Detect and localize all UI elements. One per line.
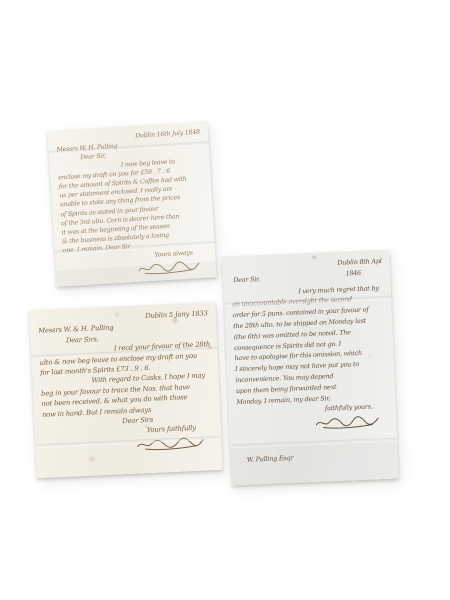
photo-background: Dublin 16th July 1848 Messrs W. H. Pulli… (0, 0, 450, 600)
letter-body: I recd your favour of the 28th ulto & no… (39, 339, 212, 419)
letter-body: I now beg leave to enclose my draft on y… (57, 155, 206, 256)
footer-addressee: W. Pulling Esqr (247, 453, 294, 466)
letter-body: I very much regret that by an unaccounta… (232, 283, 388, 408)
letter-bottom-left: Dublin 5 Jany 1833 Messrs W. & H. Pullin… (29, 302, 222, 478)
letter-right: Dublin 8th Apl 1846 Dear Sir, I very muc… (222, 250, 398, 486)
letter-content: Dublin 16th July 1848 Messrs W. H. Pulli… (56, 128, 209, 281)
salutation-line: Dear Sir, (233, 274, 260, 286)
letter-top-left: Dublin 16th July 1848 Messrs W. H. Pulli… (47, 121, 216, 286)
letter-content: Dublin 8th Apl 1846 Dear Sir, I very muc… (231, 256, 391, 479)
letter-content: Dublin 5 Jany 1833 Messrs W. & H. Pullin… (38, 308, 215, 472)
